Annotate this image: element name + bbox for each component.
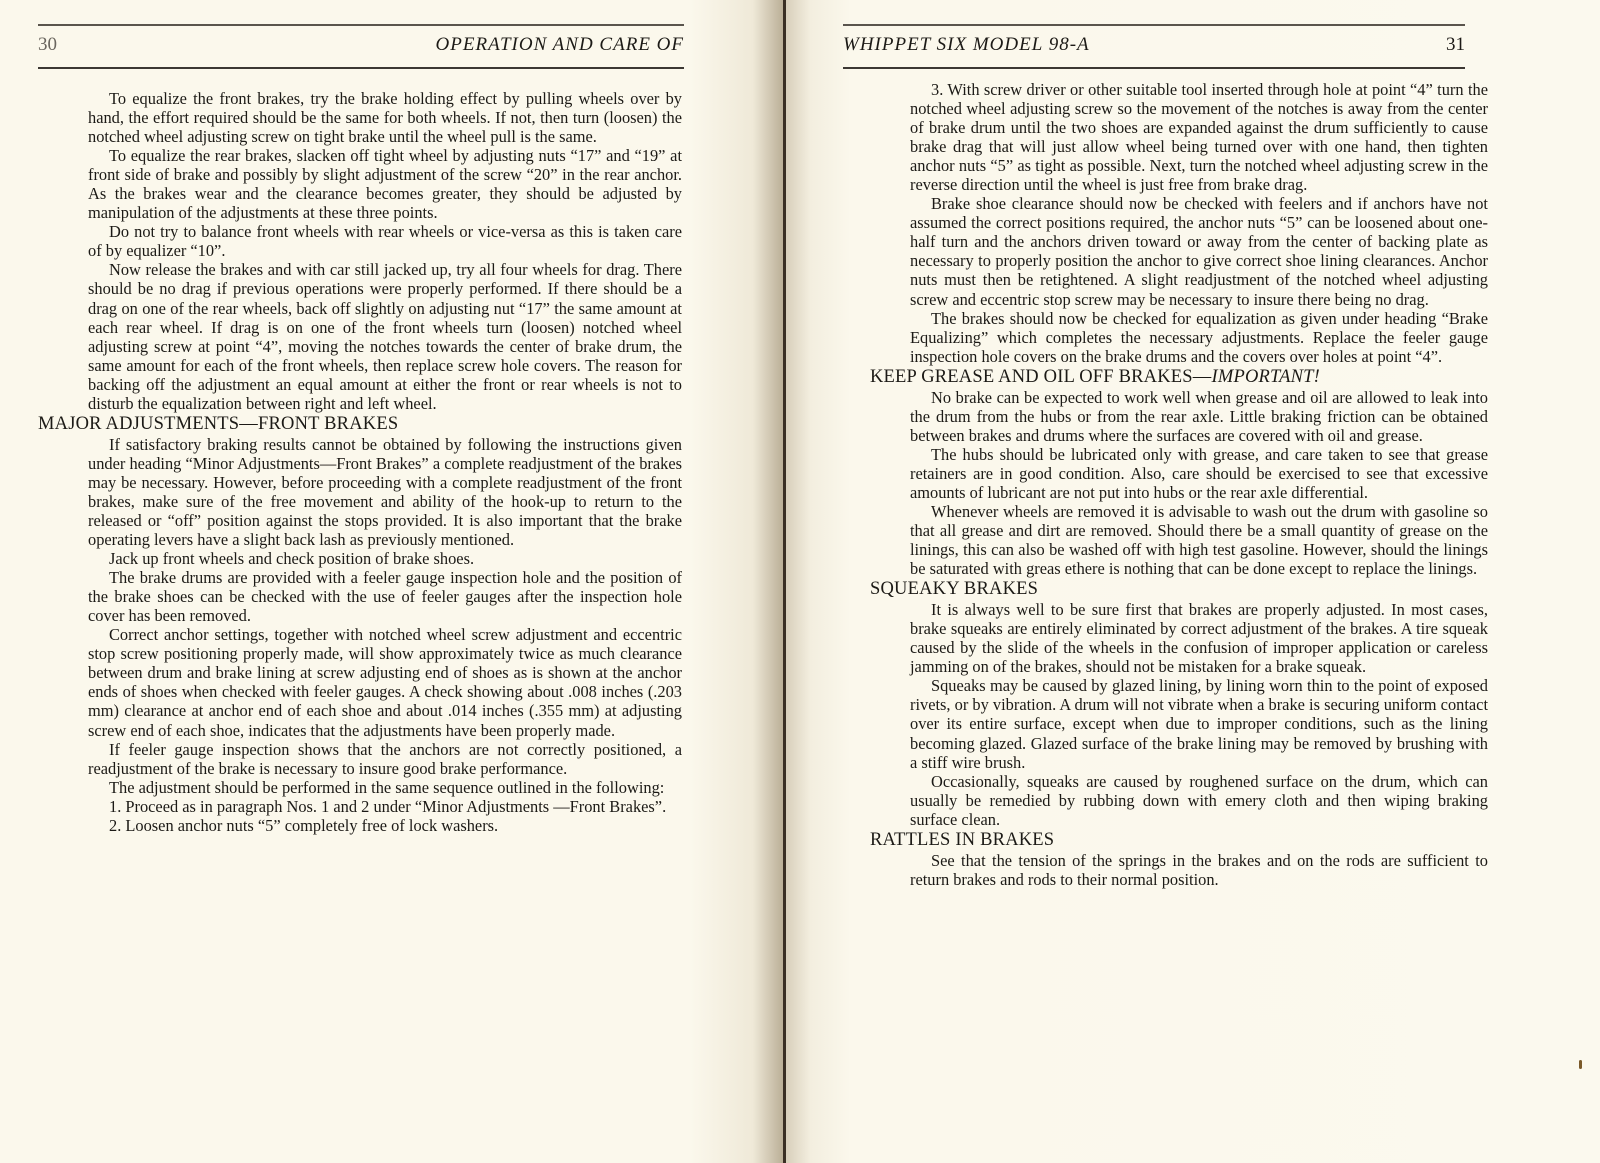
section-heading: SQUEAKY BRAKES <box>870 579 1488 600</box>
header-rule-bottom <box>38 67 684 69</box>
section-heading-text: KEEP GREASE AND OIL OFF BRAKES— <box>870 367 1211 387</box>
right-running-head: WHIPPET SIX MODEL 98-A 31 <box>843 22 1465 72</box>
paragraph: 2. Loosen anchor nuts “5” completely fre… <box>88 816 682 835</box>
paragraph: Correct anchor settings, together with n… <box>88 625 682 739</box>
section-heading: KEEP GREASE AND OIL OFF BRAKES—IMPORTANT… <box>870 367 1488 388</box>
paragraph: Whenever wheels are removed it is advisa… <box>910 502 1488 578</box>
header-rule-top <box>843 24 1465 26</box>
paragraph: The brakes should now be checked for equ… <box>910 309 1488 366</box>
left-page: 30 OPERATION AND CARE OF To equalize the… <box>0 0 784 1163</box>
paragraph: Squeaks may be caused by glazed lining, … <box>910 676 1488 771</box>
paragraph: Do not try to balance front wheels with … <box>88 222 682 260</box>
section-heading-text: RATTLES IN BRAKES <box>870 830 1054 850</box>
paragraph: If satisfactory braking results cannot b… <box>88 435 682 549</box>
paragraph: The brake drums are provided with a feel… <box>88 568 682 625</box>
section-heading: MAJOR ADJUSTMENTS—FRONT BRAKES <box>38 414 682 435</box>
left-running-head: 30 OPERATION AND CARE OF <box>38 22 684 72</box>
paragraph: 1. Proceed as in paragraph Nos. 1 and 2 … <box>88 797 682 816</box>
page-number: 30 <box>38 32 57 58</box>
paragraph: The hubs should be lubricated only with … <box>910 445 1488 502</box>
running-title: OPERATION AND CARE OF <box>436 32 684 58</box>
paragraph: The adjustment should be performed in th… <box>88 778 682 797</box>
book-spread: 30 OPERATION AND CARE OF To equalize the… <box>0 0 1600 1163</box>
paragraph: Now release the brakes and with car stil… <box>88 260 682 412</box>
paragraph: Brake shoe clearance should now be check… <box>910 194 1488 308</box>
section-heading-text: SQUEAKY BRAKES <box>870 579 1038 599</box>
paragraph: Jack up front wheels and check position … <box>88 549 682 568</box>
header-rule-bottom <box>843 67 1465 69</box>
right-text-column: 3. With screw driver or other suitable t… <box>910 80 1488 889</box>
header-rule-top <box>38 24 684 26</box>
paragraph: To equalize the front brakes, try the br… <box>88 89 682 146</box>
paragraph: It is always well to be sure first that … <box>910 600 1488 676</box>
paragraph: To equalize the rear brakes, slacken off… <box>88 146 682 222</box>
running-title: WHIPPET SIX MODEL 98-A <box>843 32 1090 58</box>
page-number: 31 <box>1446 32 1465 58</box>
paragraph: Occasionally, squeaks are caused by roug… <box>910 772 1488 829</box>
paragraph: No brake can be expected to work well wh… <box>910 388 1488 445</box>
paragraph: If feeler gauge inspection shows that th… <box>88 740 682 778</box>
paragraph: 3. With screw driver or other suitable t… <box>910 80 1488 194</box>
section-heading-text: MAJOR ADJUSTMENTS—FRONT BRAKES <box>38 414 398 434</box>
section-heading: RATTLES IN BRAKES <box>870 830 1488 851</box>
page-edge-mark <box>1579 1060 1582 1069</box>
left-text-column: To equalize the front brakes, try the br… <box>88 89 682 835</box>
section-heading-emphasis: IMPORTANT! <box>1211 367 1320 387</box>
paragraph: See that the tension of the springs in t… <box>910 851 1488 889</box>
